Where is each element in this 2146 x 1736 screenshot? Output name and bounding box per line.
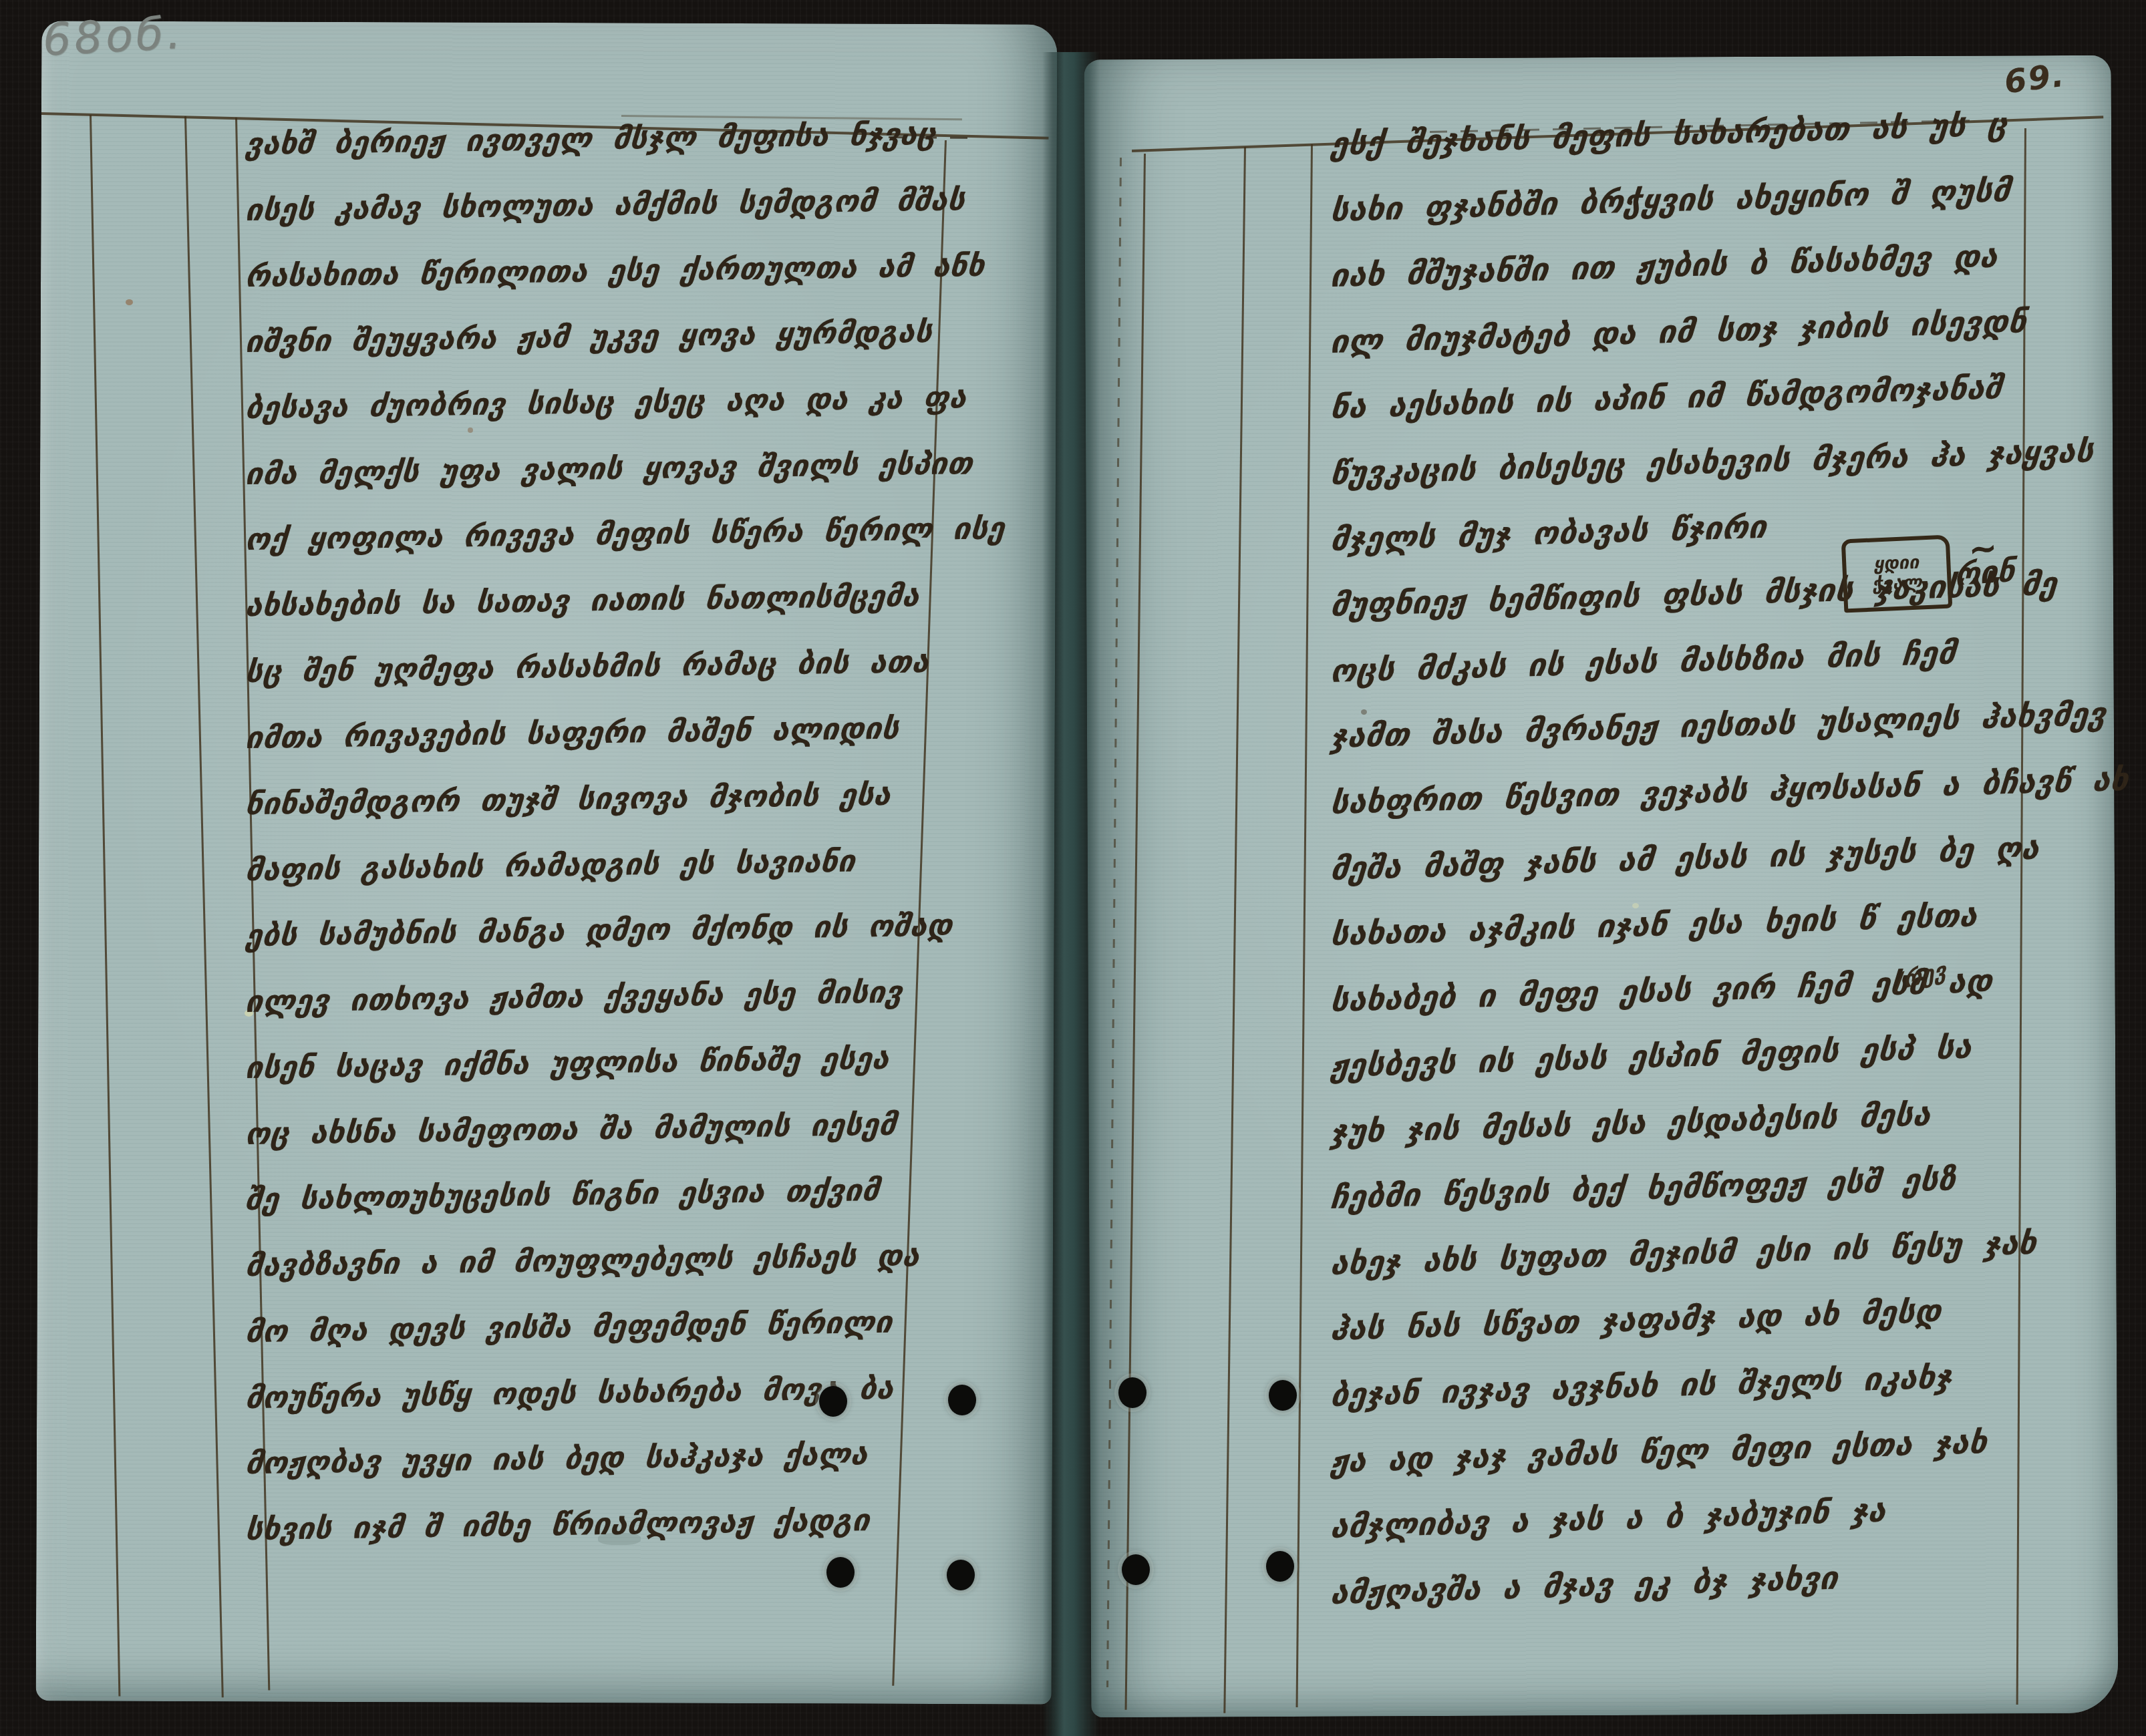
punch-hole	[947, 1560, 975, 1590]
handwriting-word: რინ	[1954, 552, 2016, 593]
punch-hole	[948, 1385, 976, 1415]
paper-stain	[1361, 709, 1367, 715]
punch-hole	[1118, 1377, 1146, 1408]
punch-hole	[1266, 1551, 1294, 1582]
stamp-box: ყდიი ჭვალ	[1841, 535, 1953, 613]
punch-hole	[826, 1557, 855, 1588]
punch-hole	[1122, 1554, 1150, 1585]
book-gutter	[1042, 52, 1100, 1736]
manuscript-scan: { "scan": { "background_color": "#131110…	[0, 0, 2146, 1736]
paper-stain	[468, 427, 473, 433]
stamp-box-line: ყდიი	[1873, 553, 1920, 575]
punch-hole	[1269, 1380, 1297, 1411]
folio-number-right: 69.	[2002, 57, 2067, 102]
stamp-box-line: ჭვალ	[1872, 572, 1923, 594]
paper-stain	[126, 299, 133, 305]
punch-hole	[819, 1386, 847, 1417]
folio-number-left: 68об.	[41, 7, 185, 66]
